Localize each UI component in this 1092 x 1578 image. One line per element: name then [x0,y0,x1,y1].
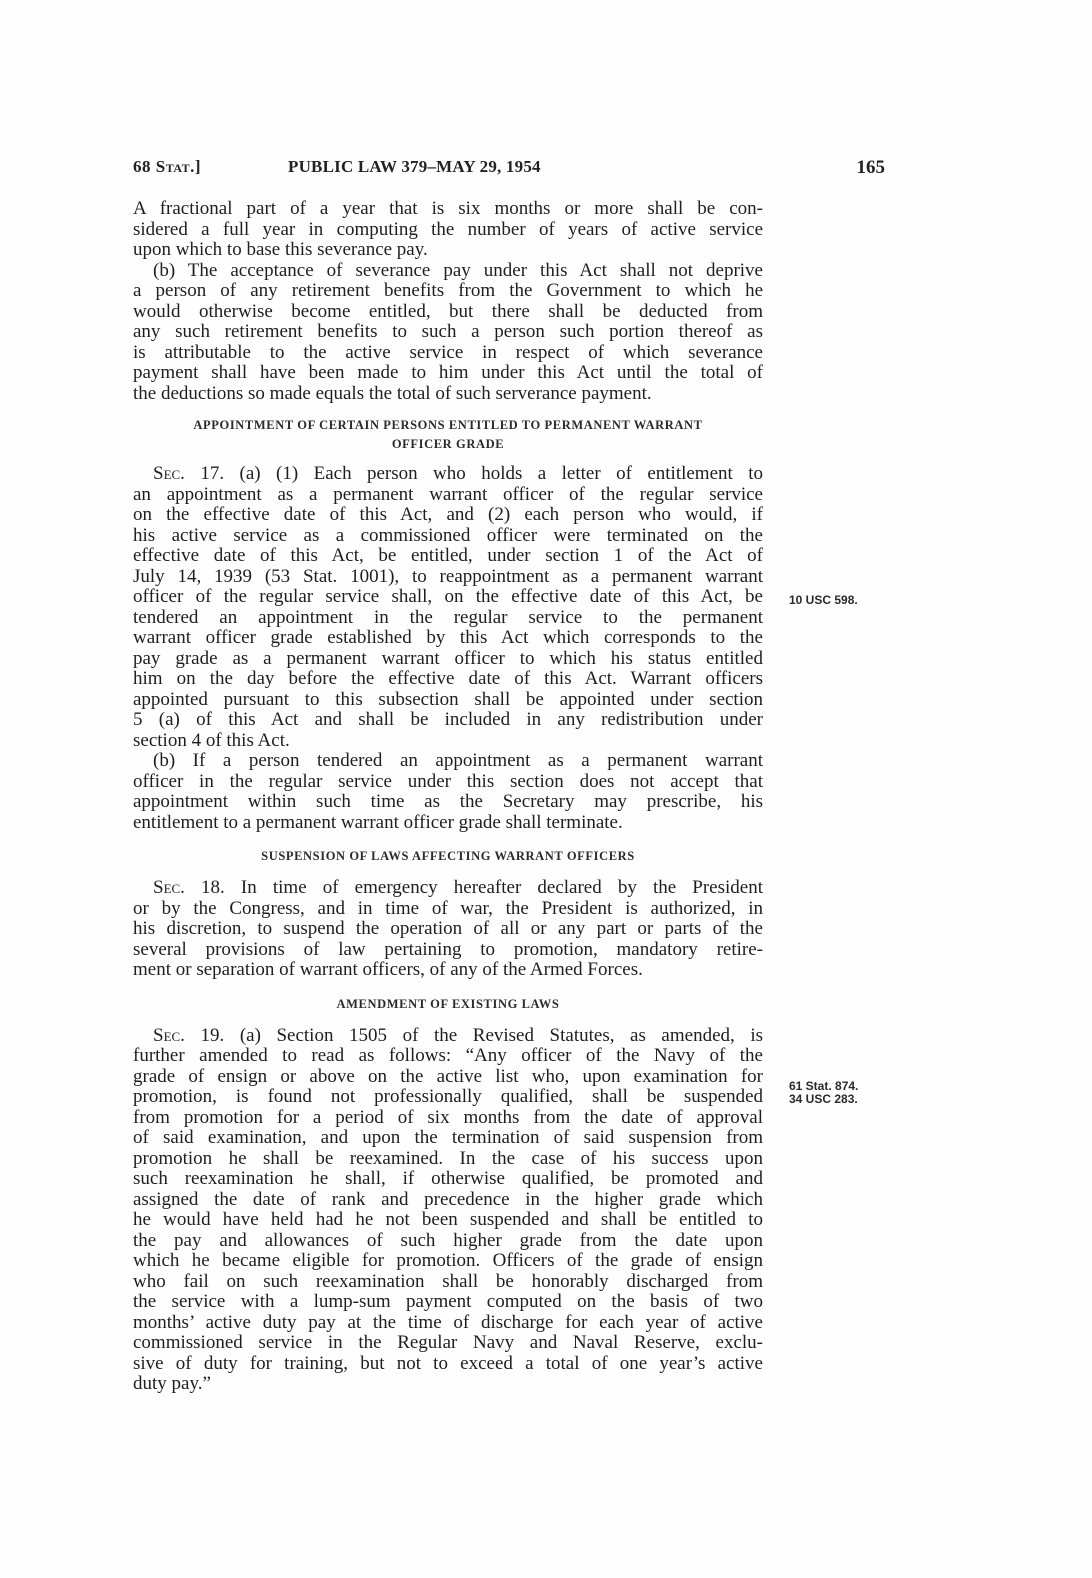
text-line: entitlement to a permanent warrant offic… [133,813,763,834]
running-head: 68 Stat.] PUBLIC LAW 379–MAY 29, 1954 16… [133,157,885,179]
section-18-heading: Suspension of laws affecting warrant off… [133,847,763,866]
text-line: his active service as a commissioned off… [133,526,763,547]
text-line: months’ active duty pay at the time of d… [133,1313,763,1334]
text-line: appointment within such time as the Secr… [133,792,763,813]
text-line: July 14, 1939 (53 Stat. 1001), to reappo… [133,567,763,588]
text-line: commissioned service in the Regular Navy… [133,1333,763,1354]
section-label: Sec. [153,1025,185,1046]
text-line: appointed pursuant to this subsection sh… [133,690,763,711]
document-page: 68 Stat.] PUBLIC LAW 379–MAY 29, 1954 16… [0,0,1092,1578]
text-line: assigned the date of rank and precedence… [133,1190,763,1211]
text-line: section 4 of this Act. [133,731,763,752]
section-17-paragraph-b: (b) If a person tendered an appointment … [133,751,763,833]
text-line: sive of duty for training, but not to ex… [133,1354,763,1375]
severance-paragraph-b: (b) The acceptance of severance pay unde… [133,261,763,405]
text-line: tendered an appointment in the regular s… [133,608,763,629]
text-line: his discretion, to suspend the operation… [133,919,763,940]
text-line: effective date of this Act, be entitled,… [133,546,763,567]
section-heading-line: Appointment of certain persons entitled … [133,416,763,435]
text-line: officer in the regular service under thi… [133,772,763,793]
text-line: payment shall have been made to him unde… [133,363,763,384]
text-line: further amended to read as follows: “Any… [133,1046,763,1067]
text-line: a person of any retirement benefits from… [133,281,763,302]
text-line: duty pay.” [133,1374,763,1395]
text-line: several provisions of law pertaining to … [133,940,763,961]
text-line: (b) If a person tendered an appointment … [133,751,763,772]
text-line: Sec. 17. (a) (1) Each person who holds a… [133,464,763,485]
text-line: pay grade as a permanent warrant officer… [133,649,763,670]
section-heading-line: Suspension of laws affecting warrant off… [133,847,763,866]
text-line: promotion, is found not professionally q… [133,1087,763,1108]
section-label: Sec. [153,877,185,898]
text-line: any such retirement benefits to such a p… [133,322,763,343]
section-19-heading: Amendment of existing laws [133,995,763,1014]
text-line: on the effective date of this Act, and (… [133,505,763,526]
text-line: warrant officer grade established by thi… [133,628,763,649]
text-line: grade of ensign or above on the active l… [133,1067,763,1088]
text-line: the service with a lump-sum payment comp… [133,1292,763,1313]
text-run: 19. (a) Section 1505 of the Revised Stat… [185,1025,763,1046]
text-line: such reexamination he shall, if otherwis… [133,1169,763,1190]
text-line: or by the Congress, and in time of war, … [133,899,763,920]
text-line: Sec. 19. (a) Section 1505 of the Revised… [133,1026,763,1047]
text-line: an appointment as a permanent warrant of… [133,485,763,506]
text-line: from promotion for a period of six month… [133,1108,763,1129]
text-line: (b) The acceptance of severance pay unde… [133,261,763,282]
section-heading-line: Amendment of existing laws [133,995,763,1014]
text-line: is attributable to the active service in… [133,343,763,364]
text-line: officer of the regular service shall, on… [133,587,763,608]
text-line: which he became eligible for promotion. … [133,1251,763,1272]
text-line: 5 (a) of this Act and shall be included … [133,710,763,731]
margin-citation-line: 34 USC 283. [789,1093,858,1106]
text-line: him on the day before the effective date… [133,669,763,690]
section-19-paragraph: Sec. 19. (a) Section 1505 of the Revised… [133,1026,763,1395]
severance-paragraph-continued: A fractional part of a year that is six … [133,199,763,261]
law-title: PUBLIC LAW 379–MAY 29, 1954 [288,157,541,177]
text-run: 18. In time of emergency hereafter decla… [185,877,763,898]
volume-number: 68 [133,157,151,176]
text-line: upon which to base this severance pay. [133,240,763,261]
page-number: 165 [857,157,886,179]
margin-citation-10-usc-598: 10 USC 598. [789,594,858,607]
text-line: of said examination, and upon the termin… [133,1128,763,1149]
volume-citation: 68 Stat.] [133,157,201,177]
margin-citation-61-stat-874: 61 Stat. 874. 34 USC 283. [789,1080,858,1106]
text-line: the pay and allowances of such higher gr… [133,1231,763,1252]
text-line: Sec. 18. In time of emergency hereafter … [133,878,763,899]
section-17-paragraph-a: Sec. 17. (a) (1) Each person who holds a… [133,464,763,751]
body-column: A fractional part of a year that is six … [133,199,763,1395]
text-line: ment or separation of warrant officers, … [133,960,763,981]
section-heading-line: officer grade [133,435,763,454]
text-line: the deductions so made equals the total … [133,384,763,405]
text-line: A fractional part of a year that is six … [133,199,763,220]
text-line: who fail on such reexamination shall be … [133,1272,763,1293]
text-run: 17. (a) (1) Each person who holds a lett… [185,463,763,484]
section-17-heading: Appointment of certain persons entitled … [133,416,763,454]
section-label: Sec. [153,463,185,484]
text-line: promotion he shall be reexamined. In the… [133,1149,763,1170]
text-line: he would have held had he not been suspe… [133,1210,763,1231]
section-18-paragraph: Sec. 18. In time of emergency hereafter … [133,878,763,981]
text-line: would otherwise become entitled, but the… [133,302,763,323]
text-line: sidered a full year in computing the num… [133,220,763,241]
stat-label: Stat.] [156,157,201,176]
